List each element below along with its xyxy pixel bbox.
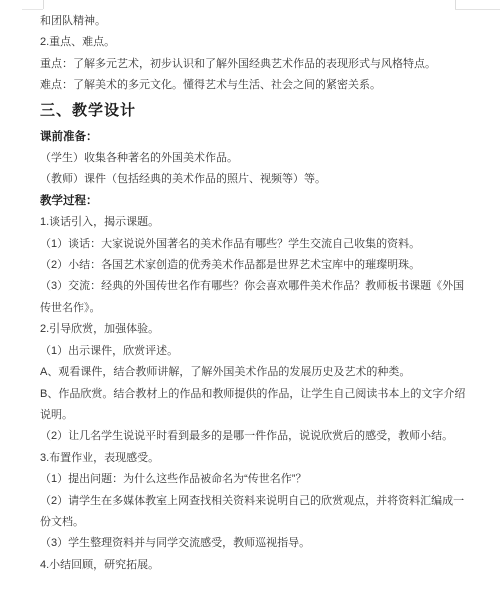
- paragraph: 2.重点、难点。: [40, 32, 466, 53]
- paragraph: （1）谈话：大家说说外国著名的美术作品有哪些？学生交流自己收集的资料。: [40, 234, 466, 255]
- paragraph: （1）提出问题：为什么这些作品被命名为“传世名作”？: [40, 469, 466, 490]
- paragraph: A、观看课件，结合教师讲解，了解外国美术作品的发展历史及艺术的种类。: [40, 362, 466, 383]
- margin-crop-mark-top-right-vertical: [455, 0, 456, 9]
- paragraph: （3）交流：经典的外国传世名作有哪些？你会喜欢哪件美术作品？教师板书课题《外国传…: [40, 276, 466, 319]
- paragraph: 难点：了解美术的多元文化。懂得艺术与生活、社会之间的紧密关系。: [40, 75, 466, 96]
- paragraph: 和团队精神。: [40, 11, 466, 32]
- paragraph: （1）出示课件，欣赏评述。: [40, 341, 466, 362]
- document-content: 和团队精神。2.重点、难点。重点：了解多元艺术，初步认识和了解外国经典艺术作品的…: [40, 11, 466, 576]
- margin-crop-mark-top-left-horizontal: [22, 9, 43, 10]
- paragraph: 重点：了解多元艺术，初步认识和了解外国经典艺术作品的表现形式与风格特点。: [40, 54, 466, 75]
- margin-crop-mark-top-left-vertical: [43, 0, 44, 9]
- paragraph: （2）小结：各国艺术家创造的优秀美术作品都是世界艺术宝库中的璀璨明珠。: [40, 255, 466, 276]
- paragraph: 2.引导欣赏，加强体验。: [40, 319, 466, 340]
- document-page: 和团队精神。2.重点、难点。重点：了解多元艺术，初步认识和了解外国经典艺术作品的…: [0, 0, 500, 604]
- paragraph: 4.小结回顾，研究拓展。: [40, 555, 466, 576]
- margin-crop-mark-top-right-horizontal: [455, 9, 500, 10]
- paragraph: B、作品欣赏。结合教材上的作品和教师提供的作品，让学生自己阅读书本上的文字介绍说…: [40, 384, 466, 427]
- paragraph: （3）学生整理资料并与同学交流感受，教师巡视指导。: [40, 533, 466, 554]
- bold-label-paragraph: 课前准备：: [40, 127, 466, 148]
- bold-label-paragraph: 教学过程：: [40, 191, 466, 212]
- paragraph: 1.谈话引入，揭示课题。: [40, 212, 466, 233]
- paragraph: （教师）课件（包括经典的美术作品的照片、视频等）等。: [40, 169, 466, 190]
- paragraph: 3.布置作业，表现感受。: [40, 448, 466, 469]
- paragraph: （2）请学生在多媒体教室上网查找相关资料来说明自己的欣赏观点，并将资料汇编成一份…: [40, 491, 466, 534]
- paragraph: （学生）收集各种著名的外国美术作品。: [40, 148, 466, 169]
- paragraph: （2）让几名学生说说平时看到最多的是哪一件作品，说说欣赏后的感受，教师小结。: [40, 426, 466, 447]
- section-heading: 三、教学设计: [40, 99, 466, 123]
